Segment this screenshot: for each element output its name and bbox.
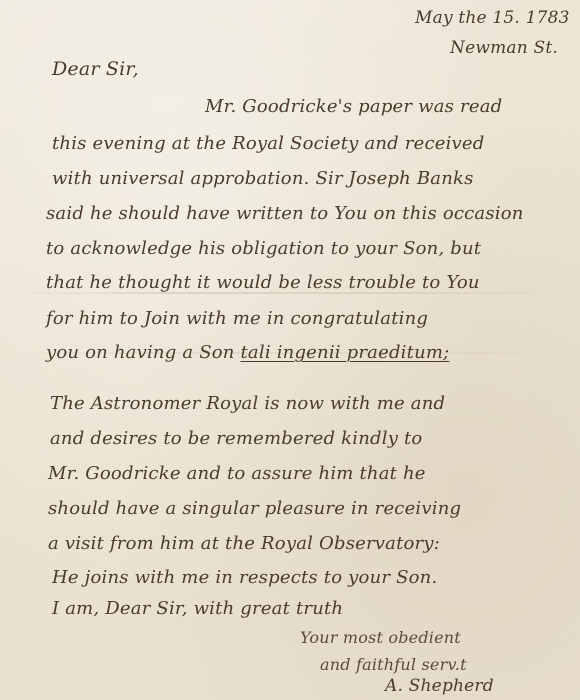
body-line: Mr. Goodricke and to assure him that he [48, 463, 426, 484]
body-line: you on having a Son [46, 342, 235, 363]
body-line: I am, Dear Sir, with great truth [52, 598, 343, 619]
salutation: Dear Sir, [52, 58, 139, 80]
body-line: Mr. Goodricke's paper was read [205, 96, 502, 117]
body-line: said he should have written to You on th… [46, 203, 524, 224]
body-line: The Astronomer Royal is now with me and [50, 393, 445, 414]
body-line-with-latin: you on having a Son tali ingenii praedit… [46, 342, 449, 363]
body-line: that he thought it would be less trouble… [46, 272, 480, 293]
body-line: and desires to be remembered kindly to [50, 428, 422, 449]
letter-place: Newman St. [450, 38, 558, 58]
body-line: should have a singular pleasure in recei… [48, 498, 461, 519]
latin-phrase: tali ingenii praeditum; [241, 342, 450, 363]
body-line: with universal approbation. Sir Joseph B… [52, 168, 474, 189]
closing-line: and faithful serv.t [320, 655, 467, 674]
letter-date: May the 15. 1783 [415, 8, 570, 28]
letter-page: May the 15. 1783 Newman St. Dear Sir, Mr… [0, 0, 580, 700]
closing-line: Your most obedient [300, 628, 461, 647]
body-line: this evening at the Royal Society and re… [52, 133, 485, 154]
body-line: He joins with me in respects to your Son… [52, 567, 437, 588]
body-line: to acknowledge his obligation to your So… [46, 238, 481, 259]
body-line: for him to Join with me in congratulatin… [46, 308, 428, 329]
body-line: a visit from him at the Royal Observator… [48, 533, 440, 554]
signature: A. Shepherd [385, 676, 494, 696]
